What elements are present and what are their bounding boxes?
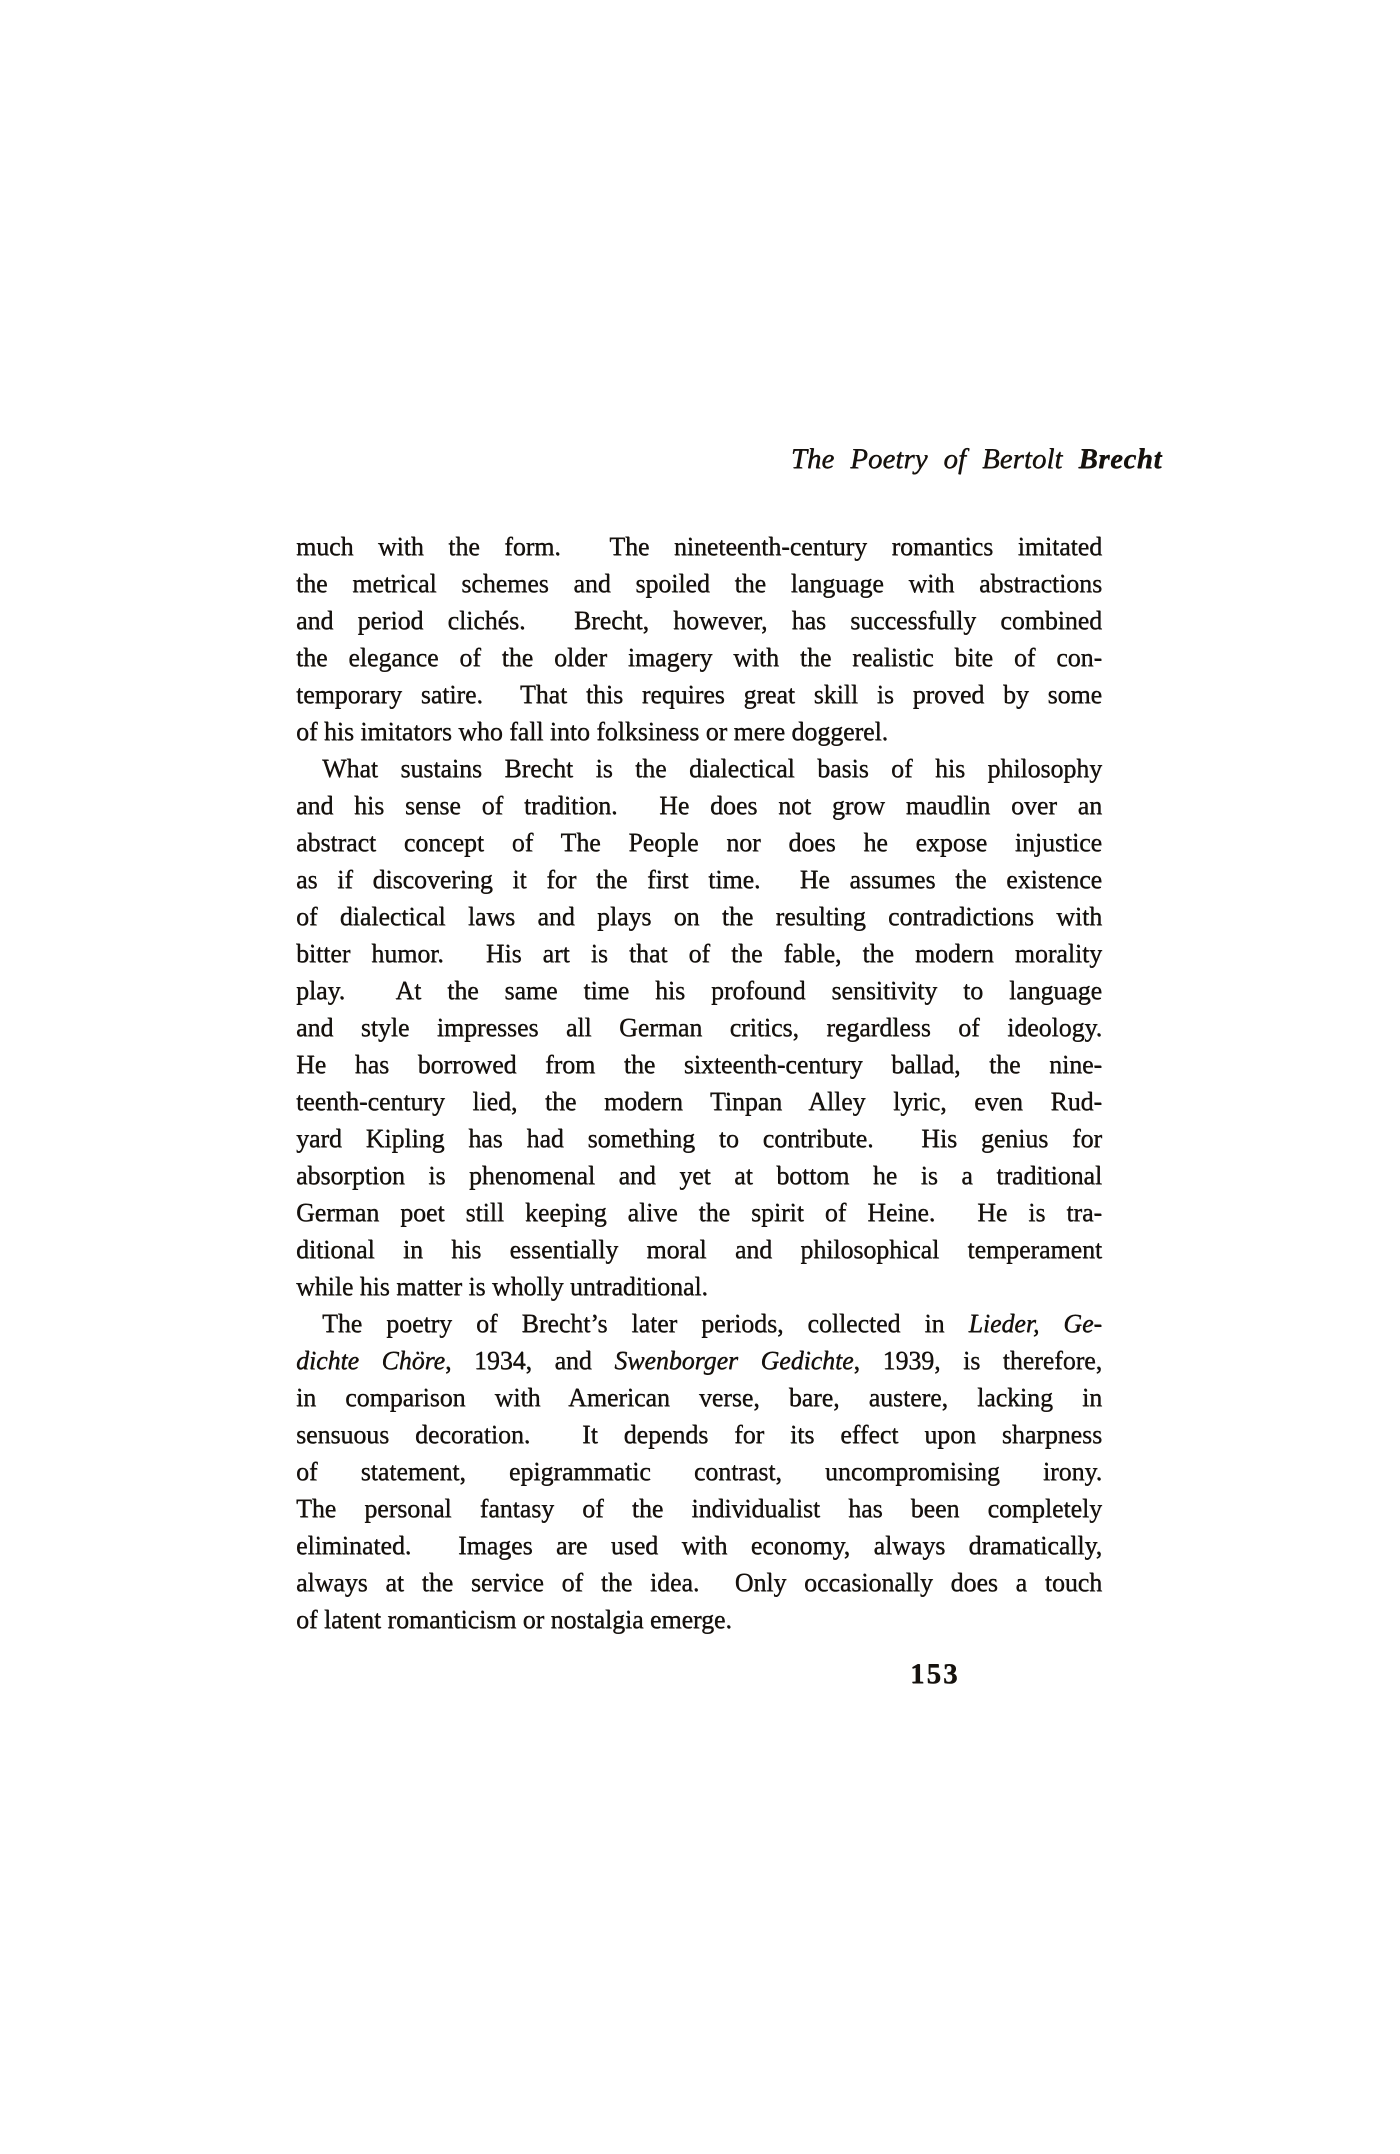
text-segment: , 1939, is therefore, [854, 1346, 1102, 1375]
text-line: always at the service of the idea. Only … [296, 1564, 1102, 1601]
italic-text-segment: dichte Chöre [296, 1346, 445, 1375]
text-segment: temporary satire. That this requires gre… [296, 680, 1102, 709]
text-segment: in comparison with American verse, bare,… [296, 1383, 1102, 1412]
text-line: What sustains Brecht is the dialectical … [296, 750, 1102, 787]
running-head-title: The Poetry of Bertolt [791, 443, 1079, 475]
text-line: of statement, epigrammatic contrast, unc… [296, 1453, 1102, 1490]
text-line: and style impresses all German critics, … [296, 1009, 1102, 1046]
text-line: while his matter is wholly untraditional… [296, 1268, 1102, 1305]
text-line: of latent romanticism or nostalgia emerg… [296, 1601, 1102, 1638]
text-line: The personal fantasy of the individualis… [296, 1490, 1102, 1527]
text-line: absorption is phenomenal and yet at bott… [296, 1157, 1102, 1194]
text-segment: and style impresses all German critics, … [296, 1013, 1102, 1042]
text-line: and his sense of tradition. He does not … [296, 787, 1102, 824]
text-segment: play. At the same time his profound sens… [296, 976, 1102, 1005]
text-segment: The poetry of Brecht’s later periods, co… [322, 1309, 968, 1338]
text-segment: absorption is phenomenal and yet at bott… [296, 1161, 1102, 1190]
italic-text-segment: Swenborger Gedichte [614, 1346, 853, 1375]
page-number: 153 [910, 1658, 960, 1691]
text-line: the elegance of the older imagery with t… [296, 639, 1102, 676]
text-line: yard Kipling has had something to contri… [296, 1120, 1102, 1157]
text-line: and period clichés. Brecht, however, has… [296, 602, 1102, 639]
text-segment: bitter humor. His art is that of the fab… [296, 939, 1102, 968]
text-line: in comparison with American verse, bare,… [296, 1379, 1102, 1416]
text-line: of his imitators who fall into folksines… [296, 713, 1102, 750]
text-line: sensuous decoration. It depends for its … [296, 1416, 1102, 1453]
text-line: as if discovering it for the first time.… [296, 861, 1102, 898]
text-line: temporary satire. That this requires gre… [296, 676, 1102, 713]
text-segment: much with the form. The nineteenth-centu… [296, 532, 1102, 561]
text-segment: The personal fantasy of the individualis… [296, 1494, 1102, 1523]
running-head: The Poetry of Bertolt Brecht [295, 437, 1162, 481]
text-line: dichte Chöre, 1934, and Swenborger Gedic… [296, 1342, 1102, 1379]
text-line: eliminated. Images are used with economy… [296, 1527, 1102, 1564]
text-segment: the metrical schemes and spoiled the lan… [296, 569, 1102, 598]
text-line: teenth-century lied, the modern Tinpan A… [296, 1083, 1102, 1120]
text-segment: abstract concept of The People nor does … [296, 828, 1102, 857]
text-line: much with the form. The nineteenth-centu… [296, 528, 1102, 565]
text-segment: of dialectical laws and plays on the res… [296, 902, 1102, 931]
text-segment: always at the service of the idea. Only … [296, 1568, 1102, 1597]
text-segment: German poet still keeping alive the spir… [296, 1198, 1102, 1227]
text-line: the metrical schemes and spoiled the lan… [296, 565, 1102, 602]
text-segment: , 1934, and [445, 1346, 614, 1375]
text-segment: He has borrowed from the sixteenth-centu… [296, 1050, 1102, 1079]
italic-text-segment: Lieder, Ge- [968, 1309, 1102, 1338]
text-segment: as if discovering it for the first time.… [296, 865, 1102, 894]
text-segment: of his imitators who fall into folksines… [296, 717, 888, 746]
text-segment: of latent romanticism or nostalgia emerg… [296, 1605, 732, 1634]
text-segment: and period clichés. Brecht, however, has… [296, 606, 1102, 635]
text-segment: yard Kipling has had something to contri… [296, 1124, 1102, 1153]
text-segment: the elegance of the older imagery with t… [296, 643, 1102, 672]
page-body-text: much with the form. The nineteenth-centu… [296, 528, 1102, 1638]
text-line: play. At the same time his profound sens… [296, 972, 1102, 1009]
text-segment: of statement, epigrammatic contrast, unc… [296, 1457, 1102, 1486]
text-segment: What sustains Brecht is the dialectical … [322, 754, 1102, 783]
book-page: The Poetry of Bertolt Brecht much with t… [0, 0, 1400, 2154]
text-segment: ditional in his essentially moral and ph… [296, 1235, 1102, 1264]
text-line: of dialectical laws and plays on the res… [296, 898, 1102, 935]
text-line: German poet still keeping alive the spir… [296, 1194, 1102, 1231]
text-segment: teenth-century lied, the modern Tinpan A… [296, 1087, 1102, 1116]
text-line: The poetry of Brecht’s later periods, co… [296, 1305, 1102, 1342]
text-segment: eliminated. Images are used with economy… [296, 1531, 1102, 1560]
text-segment: sensuous decoration. It depends for its … [296, 1420, 1102, 1449]
text-line: He has borrowed from the sixteenth-centu… [296, 1046, 1102, 1083]
text-line: abstract concept of The People nor does … [296, 824, 1102, 861]
running-head-book-title: Brecht [1078, 443, 1162, 475]
text-segment: and his sense of tradition. He does not … [296, 791, 1102, 820]
text-segment: while his matter is wholly untraditional… [296, 1272, 708, 1301]
text-line: bitter humor. His art is that of the fab… [296, 935, 1102, 972]
text-line: ditional in his essentially moral and ph… [296, 1231, 1102, 1268]
